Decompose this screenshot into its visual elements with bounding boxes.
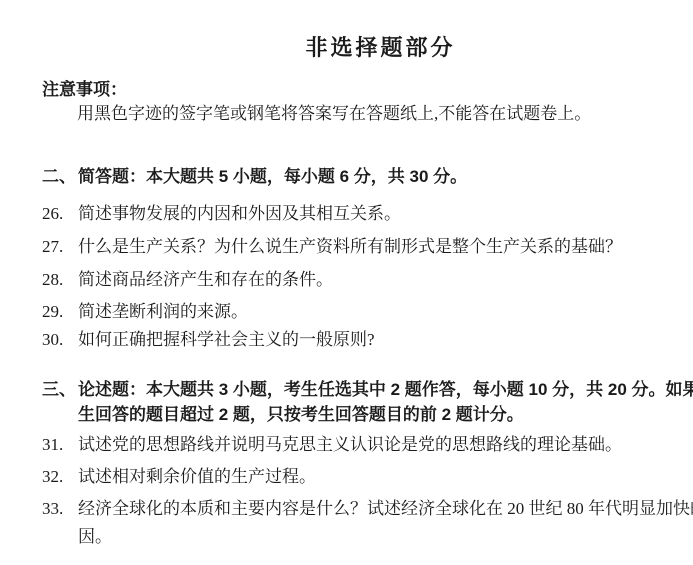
question-item: 29.简述垄断利润的来源。 xyxy=(42,301,693,323)
section-2-heading: 二、简答题：本大题共 5 小题，每小题 6 分，共 30 分。 xyxy=(42,166,693,188)
question-number: 30. xyxy=(42,329,78,351)
question-item: 26.简述事物发展的内因和外因及其相互关系。 xyxy=(42,203,693,225)
question-number: 33. xyxy=(42,495,78,523)
question-item: 30.如何正确把握科学社会主义的一般原则? xyxy=(42,329,693,351)
question-item: 33.经济全球化的本质和主要内容是什么？试述经济全球化在 20 世纪 80 年代… xyxy=(42,495,693,551)
section-2-heading-text: 简答题：本大题共 5 小题，每小题 6 分，共 30 分。 xyxy=(78,167,467,186)
question-number: 29. xyxy=(42,301,78,323)
question-text: 简述垄断利润的来源。 xyxy=(78,302,248,321)
question-number: 32. xyxy=(42,466,78,488)
question-item: 27.什么是生产关系？为什么说生产资料所有制形式是整个生产关系的基础？ xyxy=(42,236,693,258)
section-3-heading-text: 论述题：本大题共 3 小题，考生任选其中 2 题作答，每小题 10 分，共 20… xyxy=(78,380,693,424)
question-text: 试述相对剩余价值的生产过程。 xyxy=(78,467,316,486)
question-number: 26. xyxy=(42,203,78,225)
page-title: 非选择题部分 xyxy=(0,31,693,62)
question-item: 31.试述党的思想路线并说明马克思主义认识论是党的思想路线的理论基础。 xyxy=(42,434,693,456)
question-text: 简述商品经济产生和存在的条件。 xyxy=(78,270,333,289)
question-item: 32.试述相对剩余价值的生产过程。 xyxy=(42,466,693,488)
question-number: 31. xyxy=(42,434,78,456)
section-2-prefix: 二、 xyxy=(42,166,78,188)
question-number: 27. xyxy=(42,236,78,258)
section-3-prefix: 三、 xyxy=(42,377,78,402)
section-3-heading: 三、论述题：本大题共 3 小题，考生任选其中 2 题作答，每小题 10 分，共 … xyxy=(42,377,693,427)
question-text: 试述党的思想路线并说明马克思主义认识论是党的思想路线的理论基础。 xyxy=(78,435,622,454)
notice-text: 用黑色字迹的签字笔或钢笔将答案写在答题纸上,不能答在试题卷上。 xyxy=(77,103,692,125)
notice-label: 注意事项： xyxy=(42,79,692,101)
question-text: 什么是生产关系？为什么说生产资料所有制形式是整个生产关系的基础？ xyxy=(78,237,622,256)
question-item: 28.简述商品经济产生和存在的条件。 xyxy=(42,269,693,291)
question-text: 简述事物发展的内因和外因及其相互关系。 xyxy=(78,204,401,223)
question-text: 经济全球化的本质和主要内容是什么？试述经济全球化在 20 世纪 80 年代明显加… xyxy=(78,499,693,546)
exam-page: 非选择题部分 注意事项： 用黑色字迹的签字笔或钢笔将答案写在答题纸上,不能答在试… xyxy=(0,0,693,565)
question-text: 如何正确把握科学社会主义的一般原则? xyxy=(78,330,375,349)
question-number: 28. xyxy=(42,269,78,291)
